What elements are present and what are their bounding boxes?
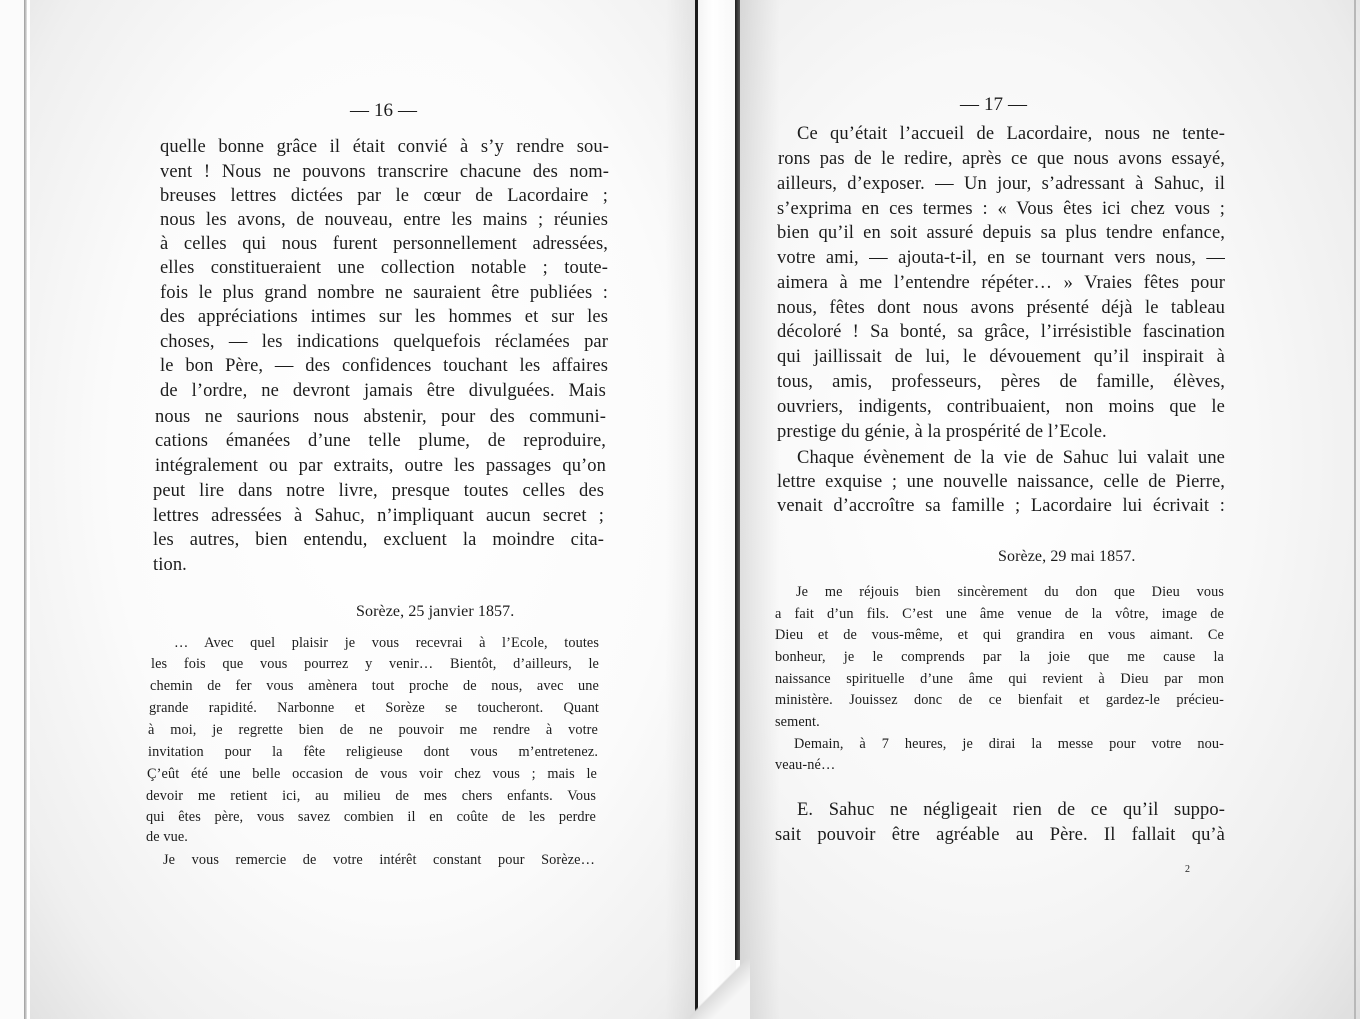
left-body-line: de l’ordre, ne devront jamais être divul… [160, 381, 606, 402]
right-body-line: ailleurs, d’exposer. — Un jour, s’adress… [777, 174, 1225, 195]
right-body-line: aimera à me l’entendre répéter… » Vraies… [777, 273, 1225, 294]
left-body-line: les autres, bien entendu, excluent la mo… [153, 530, 604, 551]
right-body-line: venait d’accroître sa famille ; Lacordai… [777, 496, 1225, 517]
right-letter-line: veau-né… [775, 757, 835, 774]
right-letter-line: bonheur, je le comprends par la joie que… [775, 649, 1224, 666]
left-body-line: choses, — les indications quelquefois ré… [160, 332, 608, 353]
left-body-line: nous les avons, de nouveau, entre les ma… [160, 210, 608, 231]
signature-mark: 2 [1185, 864, 1190, 875]
right-body-line: tous, amis, professeurs, pères de famill… [777, 372, 1225, 393]
folded-page-corner [690, 955, 750, 1019]
right-closing-line: sait pouvoir être agréable au Père. Il f… [775, 825, 1225, 846]
right-body-line: décoloré ! Sa bonté, sa grâce, l’irrésis… [777, 322, 1225, 343]
left-letter-line: de vue. [146, 829, 188, 846]
right-letter-line: Je me réjouis bien sincèrement du don qu… [796, 584, 1224, 601]
left-body-line: le bon Père, — des confidences touchant … [160, 356, 608, 377]
scan-background-left [0, 0, 26, 1019]
left-letter-line: … Avec quel plaisir je vous recevrai à l… [174, 635, 599, 652]
left-body-line: peut lire dans notre livre, presque tout… [153, 481, 604, 502]
left-page-number: — 16 — [350, 100, 417, 122]
right-body-line: lettre exquise ; une nouvelle naissance,… [777, 472, 1225, 493]
right-body-line: ouvriers, indigents, contribuaient, non … [777, 397, 1225, 418]
left-letter-line: grande rapidité. Narbonne et Sorèze se t… [149, 700, 599, 717]
left-body-line: elles constitueraient une collection not… [160, 258, 608, 279]
left-body-line: des appréciations intimes sur les hommes… [160, 307, 608, 328]
right-page-number: — 17 — [960, 94, 1027, 116]
left-body-line: nous ne saurions nous abstenir, pour des… [155, 407, 606, 428]
gutter-strip [698, 0, 736, 1019]
left-body-line: breuses lettres dictées par le cœur de L… [160, 186, 608, 207]
right-body-line: Ce qu’était l’accueil de Lacordaire, nou… [797, 124, 1225, 145]
left-letter-line: Ç’eût été une belle occasion de vous voi… [147, 766, 597, 783]
left-letter-line: devoir me retient ici, au milieu de mes … [146, 788, 596, 805]
left-body-line: lettres adressées à Sahuc, n’impliquant … [153, 506, 604, 527]
left-letter-dateline: Sorèze, 25 janvier 1857. [356, 603, 514, 621]
right-body-line: prestige du génie, à la prospérité de l’… [777, 422, 1107, 443]
right-letter-line: a fait d’un fils. C’est une âme venue de… [775, 606, 1224, 623]
left-body-line: cations émanées d’une telle plume, de re… [155, 431, 606, 452]
right-letter-line: Demain, à 7 heures, je dirai la messe po… [794, 736, 1224, 753]
left-letter-line: invitation pour la fête religieuse dont … [148, 744, 598, 761]
right-body-line: votre ami, — ajouta-t-il, en se tournant… [777, 248, 1225, 269]
right-body-line: s’exprima en ces termes : « Vous êtes ic… [777, 199, 1225, 220]
left-body-line: à celles qui nous furent personnellement… [160, 234, 608, 255]
right-body-line: Chaque évènement de la vie de Sahuc lui … [797, 448, 1225, 469]
left-page-edge [24, 0, 27, 1019]
right-closing-line: E. Sahuc ne négligeait rien de ce qu’il … [797, 800, 1225, 821]
left-body-line: fois le plus grand nombre ne sauraient ê… [160, 283, 608, 304]
right-page-edge [1354, 0, 1356, 1019]
right-body-line: nous, fêtes dont nous avons présenté déj… [777, 298, 1225, 319]
left-body-line: tion. [153, 555, 187, 576]
right-letter-line: sement. [775, 714, 820, 731]
right-body-line: qui jaillissait de lui, le dévouement qu… [777, 347, 1225, 368]
left-letter-line: chemin de fer vous amènera tout proche d… [150, 678, 599, 695]
left-body-line: vent ! Nous ne pouvons transcrire chacun… [160, 162, 609, 183]
right-letter-line: naissance spirituelle d’une âme qui revi… [775, 671, 1224, 688]
right-letter-dateline: Sorèze, 29 mai 1857. [998, 548, 1136, 566]
right-letter-line: Dieu et de vous-même, et qui grandira en… [775, 627, 1224, 644]
right-body-line: rons pas de le redire, après ce que nous… [778, 149, 1225, 170]
left-body-line: quelle bonne grâce il était convié à s’y… [160, 137, 609, 158]
right-letter-line: ministère. Jouissez donc de ce bienfait … [775, 692, 1224, 709]
left-letter-line: Je vous remercie de votre intérêt consta… [163, 852, 595, 869]
left-body-line: intégralement ou par extraits, outre les… [155, 456, 606, 477]
left-letter-line: qui êtes père, vous savez combien il en … [146, 809, 596, 826]
left-letter-line: à moi, je regrette bien de ne pouvoir me… [148, 722, 598, 739]
right-body-line: bien qu’il en soit assuré depuis sa plus… [777, 223, 1225, 244]
left-letter-line: les fois que vous pourrez y venir… Bient… [151, 656, 599, 673]
